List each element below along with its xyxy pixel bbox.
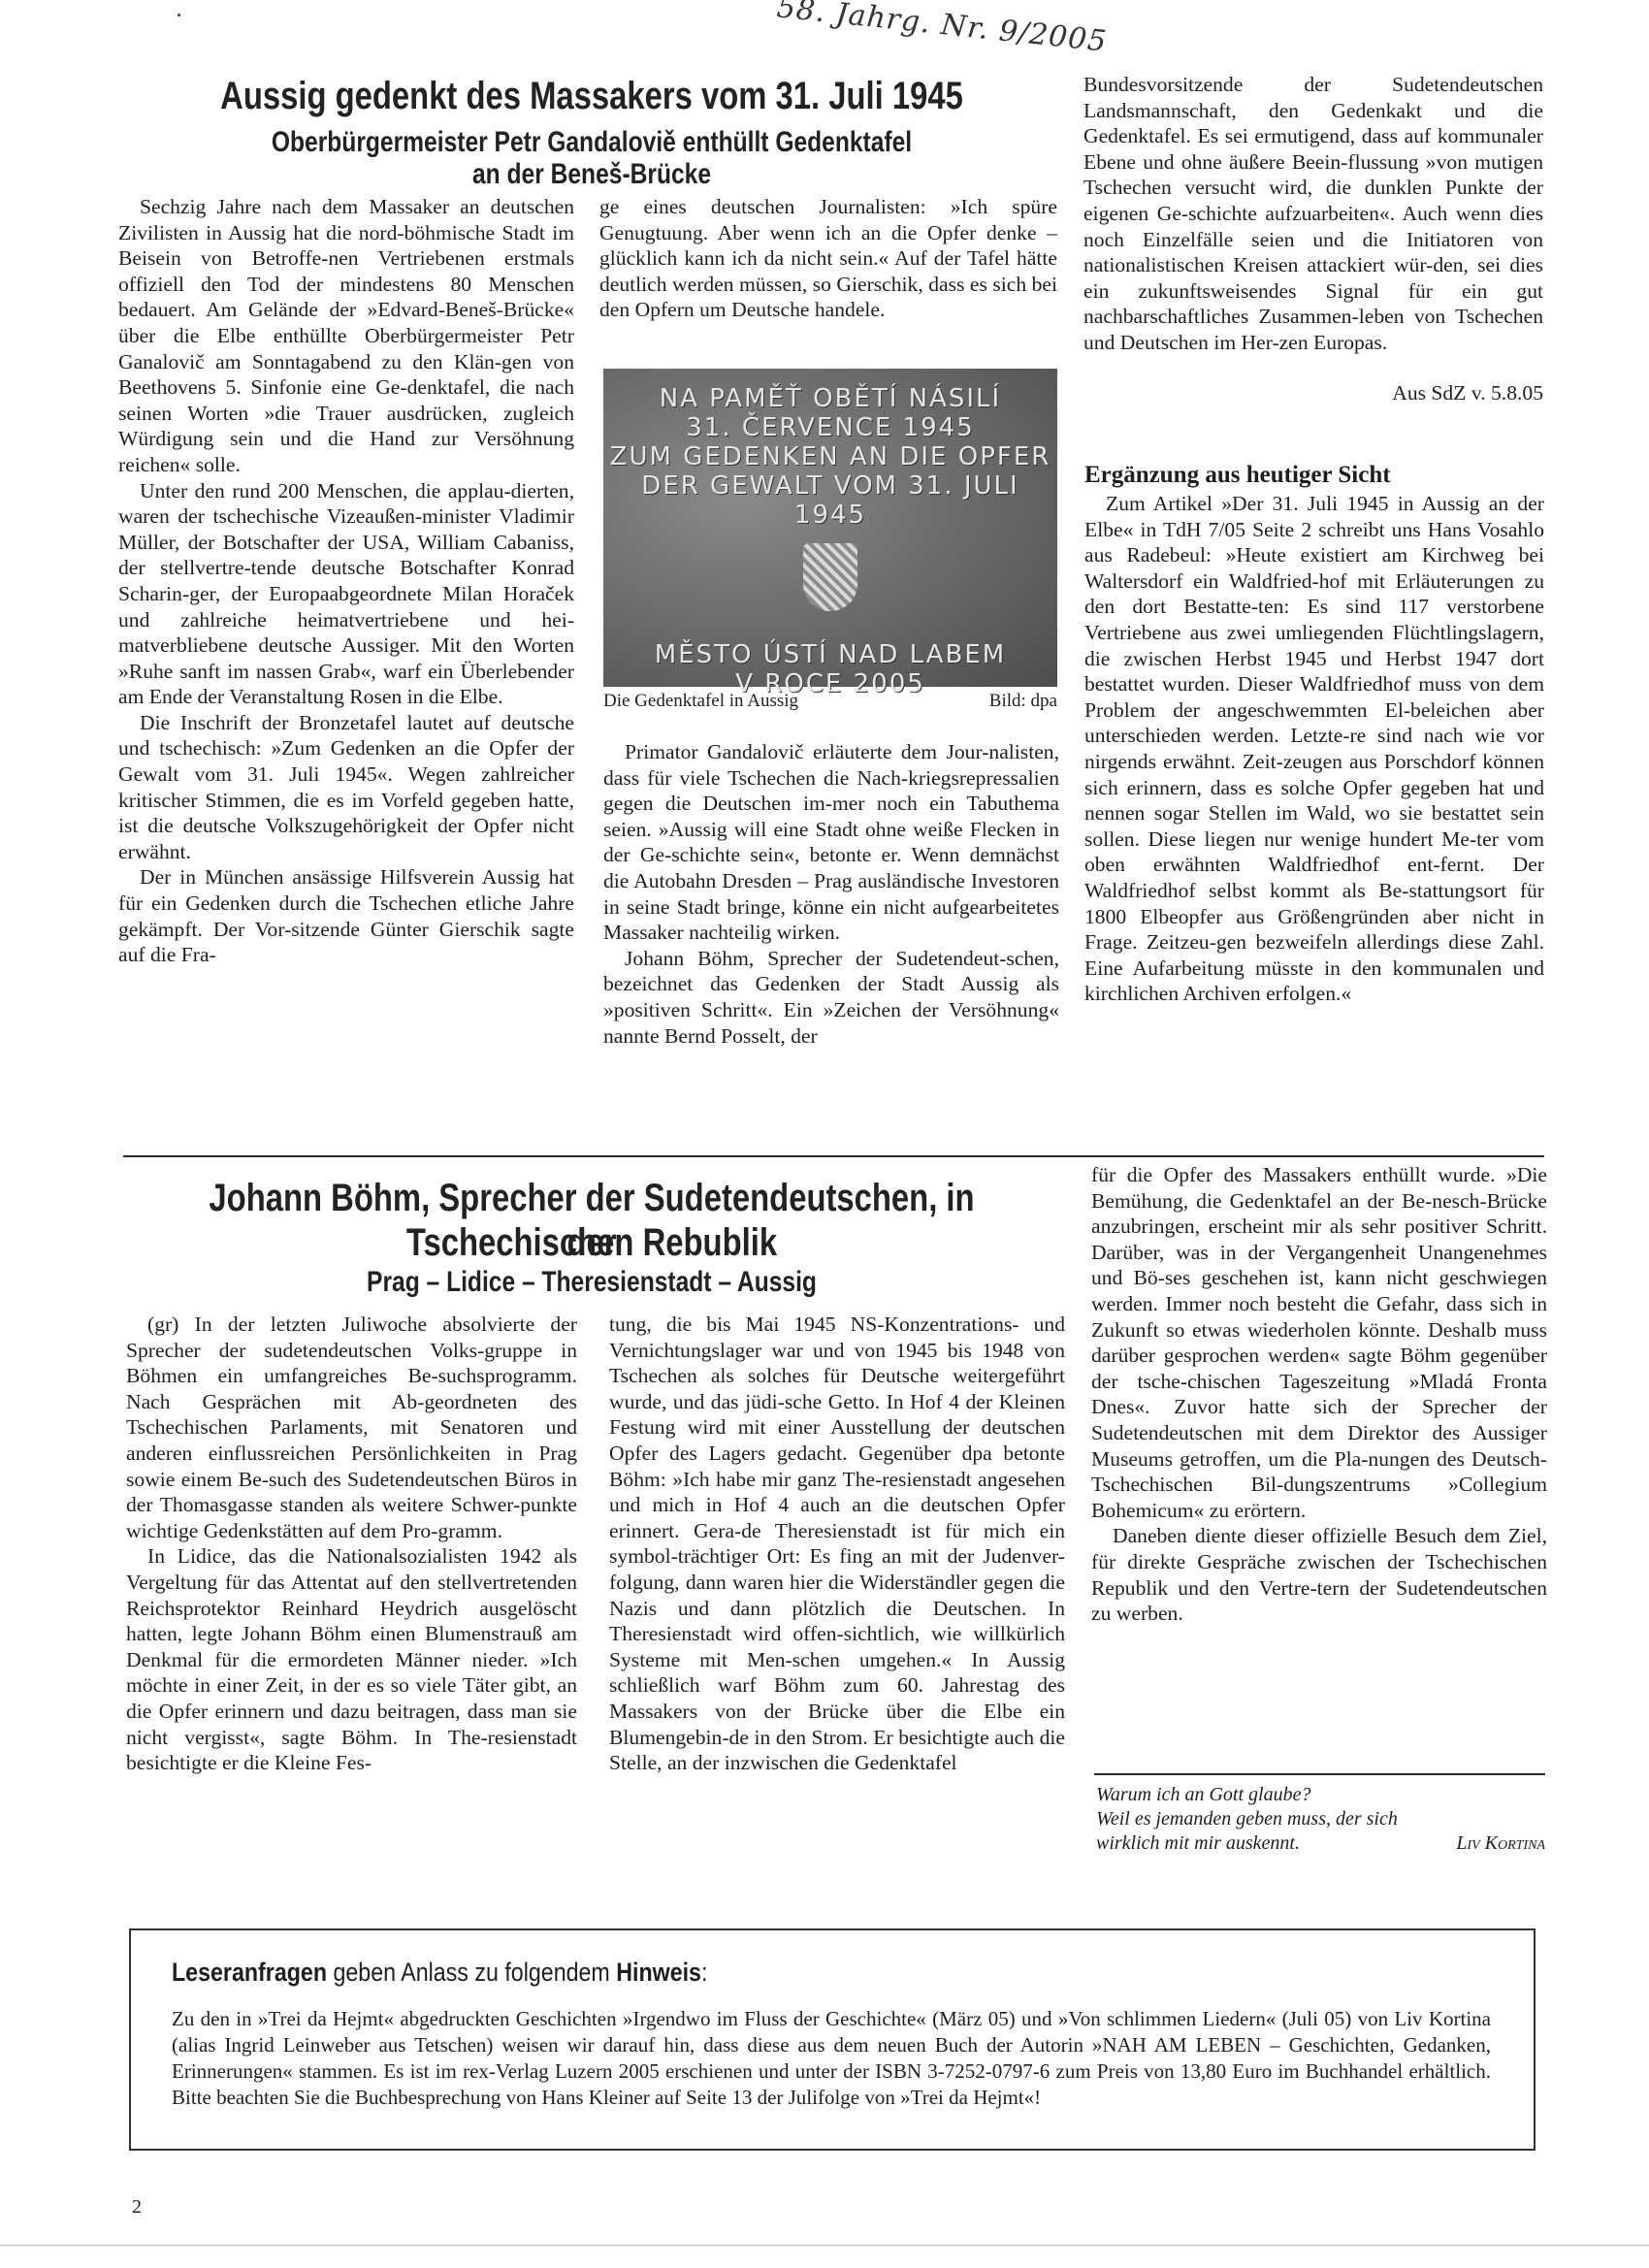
paragraph: Primator Gandalovič erläuterte dem Jour-… — [603, 739, 1059, 946]
coat-of-arms-icon — [803, 543, 857, 611]
article2-column-3: für die Opfer des Massakers enthüllt wur… — [1091, 1162, 1547, 1627]
sidebar-heading: Ergänzung aus heutiger Sicht — [1084, 462, 1391, 489]
paragraph: Zum Artikel »Der 31. Juli 1945 in Aussig… — [1084, 491, 1544, 1007]
quote-line: wirklich mit mir auskennt. — [1096, 1831, 1300, 1856]
quote-line: Warum ich an Gott glaube? — [1096, 1783, 1545, 1807]
notice-text: Zu den in »Trei da Hejmt« abgedruckten G… — [172, 2006, 1491, 2111]
paragraph: Johann Böhm, Sprecher der Sudetendeut-sc… — [603, 946, 1059, 1049]
article2-column-1: (gr) In der letzten Juliwoche absolviert… — [126, 1312, 577, 1776]
notice-title: Leseranfragen geben Anlass zu folgendem … — [172, 1958, 707, 1988]
quote-block: Warum ich an Gott glaube? Weil es jemand… — [1096, 1783, 1545, 1856]
scan-edge — [0, 2245, 1649, 2246]
notice-title-bold: Leseranfragen — [172, 1958, 327, 1987]
photo-caption: Die Gedenktafel in Aussig Bild: dpa — [603, 691, 1057, 712]
article2-subheadline: Prag – Lidice – Theresienstadt – Aussig — [194, 1266, 989, 1300]
quote-line: Weil es jemanden geben muss, der sich — [1096, 1807, 1545, 1831]
article1-headline: Aussig gedenkt des Massakers vom 31. Jul… — [210, 74, 973, 118]
caption-text: Die Gedenktafel in Aussig — [603, 691, 798, 712]
quote-divider — [1094, 1773, 1545, 1775]
paragraph: Die Inschrift der Bronzetafel lautet auf… — [118, 710, 574, 865]
paragraph: Unter den rund 200 Menschen, die applau-… — [118, 478, 574, 710]
article2-column-2: tung, die bis Mai 1945 NS-Konzentrations… — [609, 1312, 1065, 1776]
paragraph: tung, die bis Mai 1945 NS-Konzentrations… — [609, 1312, 1065, 1776]
paragraph: Bundesvorsitzende der Sudetendeutschen L… — [1083, 72, 1543, 356]
article1-subheadline-1: Oberbürgermeister Petr Gandaloviě enthül… — [210, 126, 973, 160]
handwritten-issue-note: 58. Jahrg. Nr. 9/2005 — [775, 0, 1109, 59]
paragraph: ge eines deutschen Journalisten: »Ich sp… — [599, 194, 1057, 323]
memorial-plaque-photo: NA PAMĚŤ OBĚTÍ NÁSILÍ 31. ČERVENCE 1945 … — [603, 369, 1057, 687]
plaque-line: NA PAMĚŤ OBĚTÍ NÁSILÍ — [603, 384, 1057, 413]
scan-speck — [178, 14, 180, 16]
notice-title-bold: Hinweis — [616, 1958, 701, 1987]
paragraph: Daneben diente dieser offizielle Besuch … — [1091, 1523, 1547, 1626]
quote-author: Liv Kortina — [1456, 1831, 1545, 1856]
plaque-line: ZUM GEDENKEN AN DIE OPFER — [603, 442, 1057, 471]
article1-column-2-bottom: Primator Gandalovič erläuterte dem Jour-… — [603, 739, 1059, 1049]
article1-subheadline-2: an der Beneš-Brücke — [210, 158, 973, 192]
plaque-line: MĚSTO ÚSTÍ NAD LABEM — [603, 640, 1057, 669]
notice-title-text: geben Anlass zu folgendem — [327, 1958, 616, 1987]
photo-credit: Bild: dpa — [989, 691, 1057, 712]
sidebar-text: Zum Artikel »Der 31. Juli 1945 in Aussig… — [1084, 491, 1544, 1007]
plaque-line: 31. ČERVENCE 1945 — [603, 413, 1057, 442]
article1-source: Aus SdZ v. 5.8.05 — [1300, 380, 1543, 406]
section-divider — [123, 1155, 1544, 1157]
paragraph: Sechzig Jahre nach dem Massaker an deuts… — [118, 194, 574, 478]
article2-headline-2: Tschechischen Rebublik — [194, 1220, 989, 1265]
plaque-line: DER GEWALT VOM 31. JULI 1945 — [603, 471, 1057, 530]
article1-column-1: Sechzig Jahre nach dem Massaker an deuts… — [118, 194, 574, 968]
page-number: 2 — [132, 2196, 142, 2219]
paragraph: für die Opfer des Massakers enthüllt wur… — [1091, 1162, 1547, 1523]
paragraph: In Lidice, das die Nationalsozialisten 1… — [126, 1543, 577, 1775]
paragraph: (gr) In der letzten Juliwoche absolviert… — [126, 1312, 577, 1543]
notice-title-colon: : — [701, 1958, 707, 1987]
article1-column-3: Bundesvorsitzende der Sudetendeutschen L… — [1083, 72, 1543, 356]
article1-column-2: ge eines deutschen Journalisten: »Ich sp… — [599, 194, 1057, 323]
paragraph: Der in München ansässige Hilfsverein Aus… — [118, 864, 574, 967]
reader-notice-box: Leseranfragen geben Anlass zu folgendem … — [129, 1928, 1536, 2151]
